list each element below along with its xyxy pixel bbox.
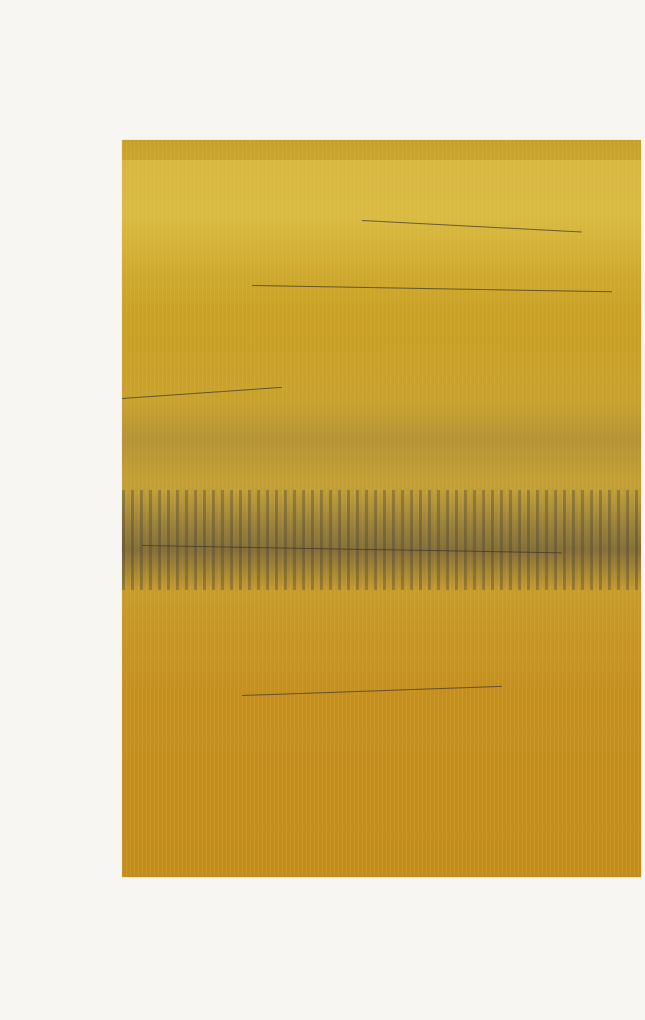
rug-image bbox=[122, 140, 641, 877]
rug-scratch-line bbox=[122, 387, 282, 399]
rug-mid-band bbox=[122, 400, 641, 480]
rug-dark-band bbox=[122, 490, 641, 590]
rug-scratch-line bbox=[242, 686, 502, 696]
rug-scratch-line bbox=[252, 285, 612, 292]
rug-light-band bbox=[122, 160, 641, 280]
